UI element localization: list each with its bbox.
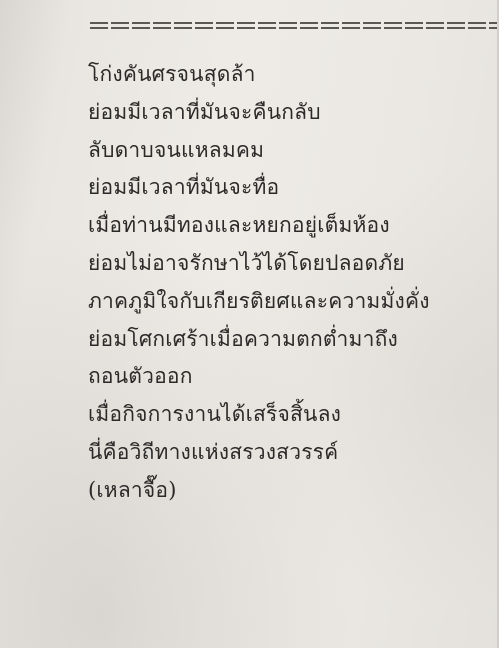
- poem-line-6: ย่อมไม่อาจรักษาไว้ได้โดยปลอดภัย: [88, 245, 430, 283]
- separator-line-top: [90, 22, 499, 24]
- double-dashed-separator: [90, 22, 499, 30]
- poem-text: โก่งคันศรจนสุดล้า ย่อมมีเวลาที่มันจะคืนก…: [88, 56, 430, 510]
- poem-line-3: ลับดาบจนแหลมคม: [88, 132, 430, 170]
- poem-line-1: โก่งคันศรจนสุดล้า: [88, 56, 430, 94]
- poem-line-8: ย่อมโศกเศร้าเมื่อความตกต่ำมาถึง: [88, 321, 430, 359]
- separator-line-bottom: [90, 27, 499, 29]
- printed-page: โก่งคันศรจนสุดล้า ย่อมมีเวลาที่มันจะคืนก…: [0, 0, 499, 648]
- poem-line-4: ย่อมมีเวลาที่มันจะทื่อ: [88, 169, 430, 207]
- poem-line-5: เมื่อท่านมีทองและหยกอยู่เต็มห้อง: [88, 207, 430, 245]
- poem-line-2: ย่อมมีเวลาที่มันจะคืนกลับ: [88, 94, 430, 132]
- poem-line-11: นี่คือวิถีทางแห่งสรวงสวรรค์: [88, 434, 430, 472]
- poem-line-9: ถอนตัวออก: [88, 358, 430, 396]
- poem-line-10: เมื่อกิจการงานได้เสร็จสิ้นลง: [88, 396, 430, 434]
- poem-attribution: (เหลาจื๊อ): [88, 472, 430, 510]
- poem-line-7: ภาคภูมิใจกับเกียรติยศและความมั่งคั่ง: [88, 283, 430, 321]
